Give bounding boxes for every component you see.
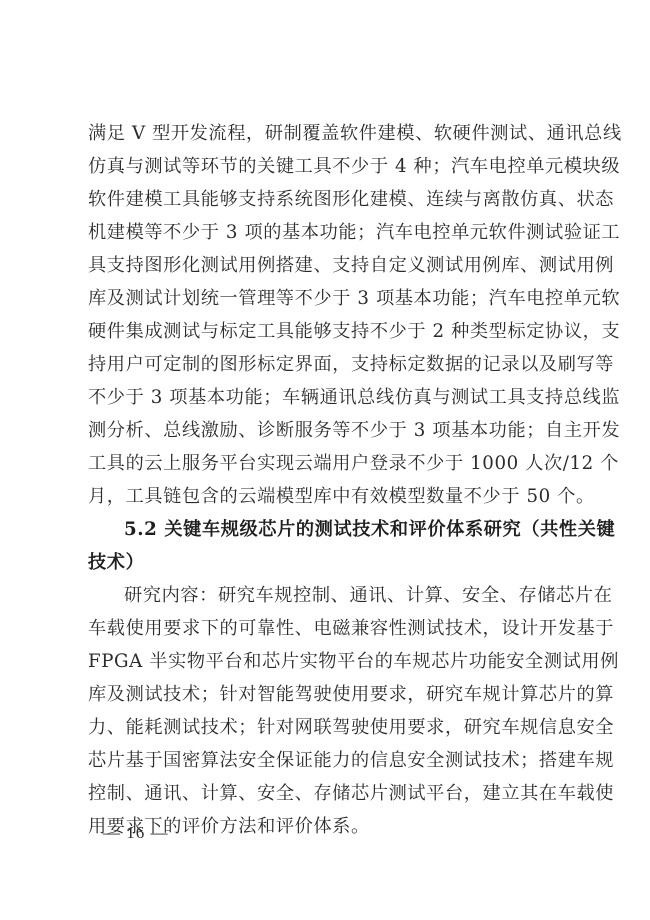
text-line: 研究内容：研究车规控制、通讯、计算、安全、存储芯片在: [88, 579, 560, 612]
paragraph-tool-requirements: 满足 V 型开发流程，研制覆盖软件建模、软硬件测试、通讯总线 仿真与测试等环节的…: [88, 117, 560, 513]
paragraph-research-content: 研究内容：研究车规控制、通讯、计算、安全、存储芯片在 车载使用要求下的可靠性、电…: [88, 579, 560, 843]
text-line: 硬件集成测试与标定工具能够支持不少于 2 种类型标定协议，支: [88, 315, 560, 348]
text-line: 库及测试计划统一管理等不少于 3 项基本功能；汽车电控单元软: [88, 282, 560, 315]
document-page: 满足 V 型开发流程，研制覆盖软件建模、软硬件测试、通讯总线 仿真与测试等环节的…: [0, 0, 650, 920]
text-line: 工具的云上服务平台实现云端用户登录不少于 1000 人次/12 个: [88, 447, 560, 480]
text-line: 芯片基于国密算法安全保证能力的信息安全测试技术；搭建车规: [88, 744, 560, 777]
section-heading-5-2: 5.2 关键车规级芯片的测试技术和评价体系研究（共性关键 技术）: [88, 513, 560, 579]
text-line: 持用户可定制的图形标定界面，支持标定数据的记录以及刷写等: [88, 348, 560, 381]
text-line: 库及测试技术；针对智能驾驶使用要求，研究车规计算芯片的算: [88, 678, 560, 711]
document-body: 满足 V 型开发流程，研制覆盖软件建模、软硬件测试、通讯总线 仿真与测试等环节的…: [88, 117, 560, 843]
page-number: — 16 —: [103, 820, 169, 846]
text-line: 具支持图形化测试用例搭建、支持自定义测试用例库、测试用例: [88, 249, 560, 282]
text-line: 测分析、总线激励、诊断服务等不少于 3 项基本功能；自主开发: [88, 414, 560, 447]
text-line: FPGA 半实物平台和芯片实物平台的车规芯片功能安全测试用例: [88, 645, 560, 678]
text-line: 不少于 3 项基本功能；车辆通讯总线仿真与测试工具支持总线监: [88, 381, 560, 414]
text-line: 满足 V 型开发流程，研制覆盖软件建模、软硬件测试、通讯总线: [88, 117, 560, 150]
text-line: 软件建模工具能够支持系统图形化建模、连续与离散仿真、状态: [88, 183, 560, 216]
text-line: 仿真与测试等环节的关键工具不少于 4 种；汽车电控单元模块级: [88, 150, 560, 183]
heading-line: 技术）: [88, 546, 560, 579]
text-line: 控制、通讯、计算、安全、存储芯片测试平台，建立其在车载使: [88, 777, 560, 810]
heading-line: 5.2 关键车规级芯片的测试技术和评价体系研究（共性关键: [88, 513, 560, 546]
text-line: 月，工具链包含的云端模型库中有效模型数量不少于 50 个。: [88, 480, 560, 513]
text-line: 力、能耗测试技术；针对网联驾驶使用要求，研究车规信息安全: [88, 711, 560, 744]
text-line: 车载使用要求下的可靠性、电磁兼容性测试技术，设计开发基于: [88, 612, 560, 645]
text-line: 机建模等不少于 3 项的基本功能；汽车电控单元软件测试验证工: [88, 216, 560, 249]
